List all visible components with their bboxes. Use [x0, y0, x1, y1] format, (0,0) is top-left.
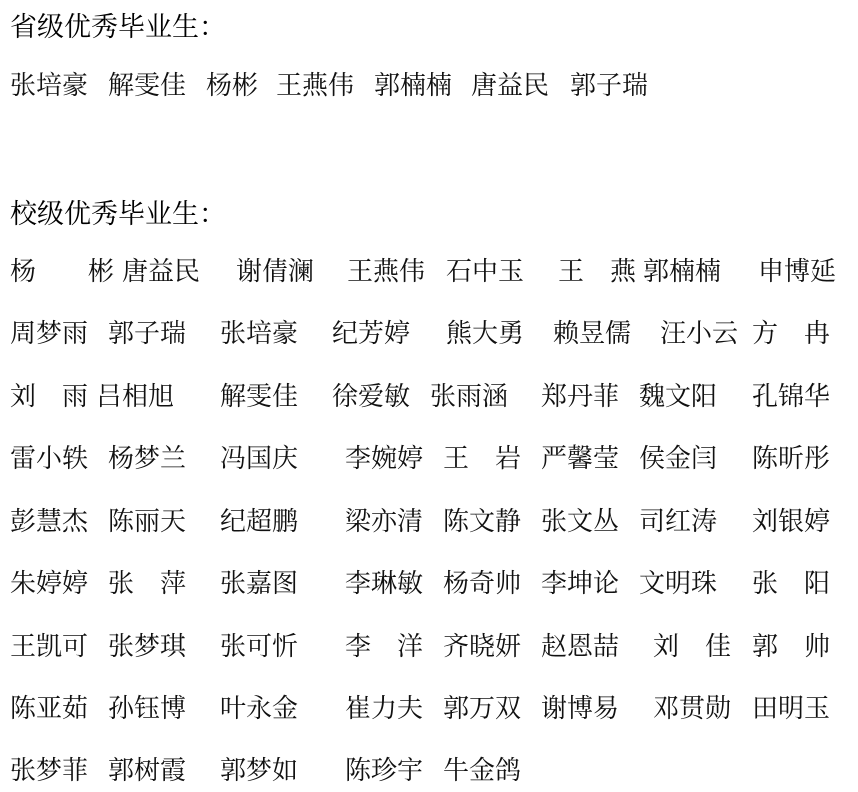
name-item: 杨奇帅: [443, 569, 521, 599]
name-item: 纪超鹏: [220, 507, 298, 537]
name-item: 李琳敏: [345, 569, 423, 599]
name-item: 郑丹菲: [541, 382, 619, 412]
name-item: 周梦雨: [10, 319, 88, 349]
name-item: 方 冉: [752, 319, 830, 349]
name-item: 梁亦清: [345, 507, 423, 537]
name-item: 郭楠楠: [374, 71, 452, 101]
name-item: 田明玉: [752, 694, 830, 724]
name-item: 孙钰博: [108, 694, 186, 724]
name-item: 郭梦如: [220, 756, 298, 786]
name-item: 熊大勇: [446, 319, 524, 349]
name-item: 张文丛: [541, 507, 619, 537]
name-row: 张梦菲 郭树霞 郭梦如 陈珍宇 牛金鸽: [0, 756, 858, 792]
name-item: 刘银婷: [752, 507, 830, 537]
name-item: 孔锦华: [752, 382, 830, 412]
name-item: 郭树霞: [108, 756, 186, 786]
name-item: 汪小云: [660, 319, 738, 349]
name-item: 张 萍: [108, 569, 186, 599]
name-item: 王燕伟: [347, 257, 425, 287]
name-item: 纪芳婷: [332, 319, 410, 349]
name-item: 吕相旭: [96, 382, 174, 412]
name-item: 李婉婷: [345, 444, 423, 474]
name-item: 郭子瑞: [570, 71, 648, 101]
name-item: 魏文阳: [639, 382, 717, 412]
school-heading: 校级优秀毕业生：: [10, 199, 226, 231]
name-item: 刘 雨: [10, 382, 88, 412]
name-item: 朱婷婷: [10, 569, 88, 599]
name-item: 李坤论: [541, 569, 619, 599]
name-item: 解雯佳: [108, 71, 186, 101]
name-item: 李 洋: [345, 632, 423, 662]
name-row: 杨 彬 唐益民 谢倩澜 王燕伟 石中玉 王 燕 郭楠楠 申博延: [0, 257, 858, 293]
name-item: 唐益民: [471, 71, 549, 101]
name-item: 张培豪: [220, 319, 298, 349]
name-row: 周梦雨 郭子瑞 张培豪 纪芳婷 熊大勇 赖昱儒 汪小云 方 冉: [0, 319, 858, 355]
name-row: 王凯可 张梦琪 张可忻 李 洋 齐晓妍 赵恩喆 刘 佳 郭 帅: [0, 632, 858, 668]
name-item: 王凯可: [10, 632, 88, 662]
name-item: 张嘉图: [220, 569, 298, 599]
name-item: 陈文静: [443, 507, 521, 537]
name-item: 赖昱儒: [553, 319, 631, 349]
name-item: 陈昕彤: [752, 444, 830, 474]
name-item: 牛金鸽: [443, 756, 521, 786]
name-item: 冯国庆: [220, 444, 298, 474]
name-item: 叶永金: [220, 694, 298, 724]
name-item: 严馨莹: [541, 444, 619, 474]
name-item: 文明珠: [639, 569, 717, 599]
name-item: 张梦菲: [10, 756, 88, 786]
name-item: 张可忻: [220, 632, 298, 662]
name-item: 张雨涵: [430, 382, 508, 412]
name-row: 刘 雨 吕相旭 解雯佳 徐爱敏 张雨涵 郑丹菲 魏文阳 孔锦华: [0, 382, 858, 418]
name-item: 司红涛: [639, 507, 717, 537]
name-item: 张培豪: [10, 71, 88, 101]
name-row: 雷小轶 杨梦兰 冯国庆 李婉婷 王 岩 严馨莹 侯金闫 陈昕彤: [0, 444, 858, 480]
name-row: 彭慧杰 陈丽天 纪超鹏 梁亦清 陈文静 张文丛 司红涛 刘银婷: [0, 507, 858, 543]
name-item: 石中玉: [446, 257, 524, 287]
name-item: 谢倩澜: [236, 257, 314, 287]
name-item: 雷小轶: [10, 444, 88, 474]
name-item: 邓贯勋: [653, 694, 731, 724]
name-item: 张梦琪: [108, 632, 186, 662]
name-item: 徐爱敏: [332, 382, 410, 412]
name-item: 王 燕: [558, 257, 636, 287]
name-item: 王 岩: [443, 444, 521, 474]
name-item: 解雯佳: [220, 382, 298, 412]
name-item: 陈珍宇: [345, 756, 423, 786]
name-item: 谢博易: [541, 694, 619, 724]
name-item: 陈丽天: [108, 507, 186, 537]
name-item: 赵恩喆: [541, 632, 619, 662]
name-item: 唐益民: [122, 257, 200, 287]
name-item: 张 阳: [752, 569, 830, 599]
name-item: 齐晓妍: [443, 632, 521, 662]
name-item: 杨梦兰: [108, 444, 186, 474]
name-item: 彭慧杰: [10, 507, 88, 537]
name-item: 郭楠楠: [643, 257, 721, 287]
name-item: 郭 帅: [752, 632, 830, 662]
name-item: 刘 佳: [653, 632, 731, 662]
name-row: 陈亚茹 孙钰博 叶永金 崔力夫 郭万双 谢博易 邓贯勋 田明玉: [0, 694, 858, 730]
name-item: 陈亚茹: [10, 694, 88, 724]
name-item: 郭万双: [443, 694, 521, 724]
name-item: 申博延: [758, 257, 836, 287]
name-item: 杨彬: [206, 71, 258, 101]
name-item: 崔力夫: [345, 694, 423, 724]
provincial-heading: 省级优秀毕业生：: [10, 12, 226, 44]
name-item: 王燕伟: [276, 71, 354, 101]
name-item: 侯金闫: [639, 444, 717, 474]
name-item: 郭子瑞: [108, 319, 186, 349]
name-item: 杨 彬: [10, 257, 114, 287]
name-row: 朱婷婷 张 萍 张嘉图 李琳敏 杨奇帅 李坤论 文明珠 张 阳: [0, 569, 858, 605]
